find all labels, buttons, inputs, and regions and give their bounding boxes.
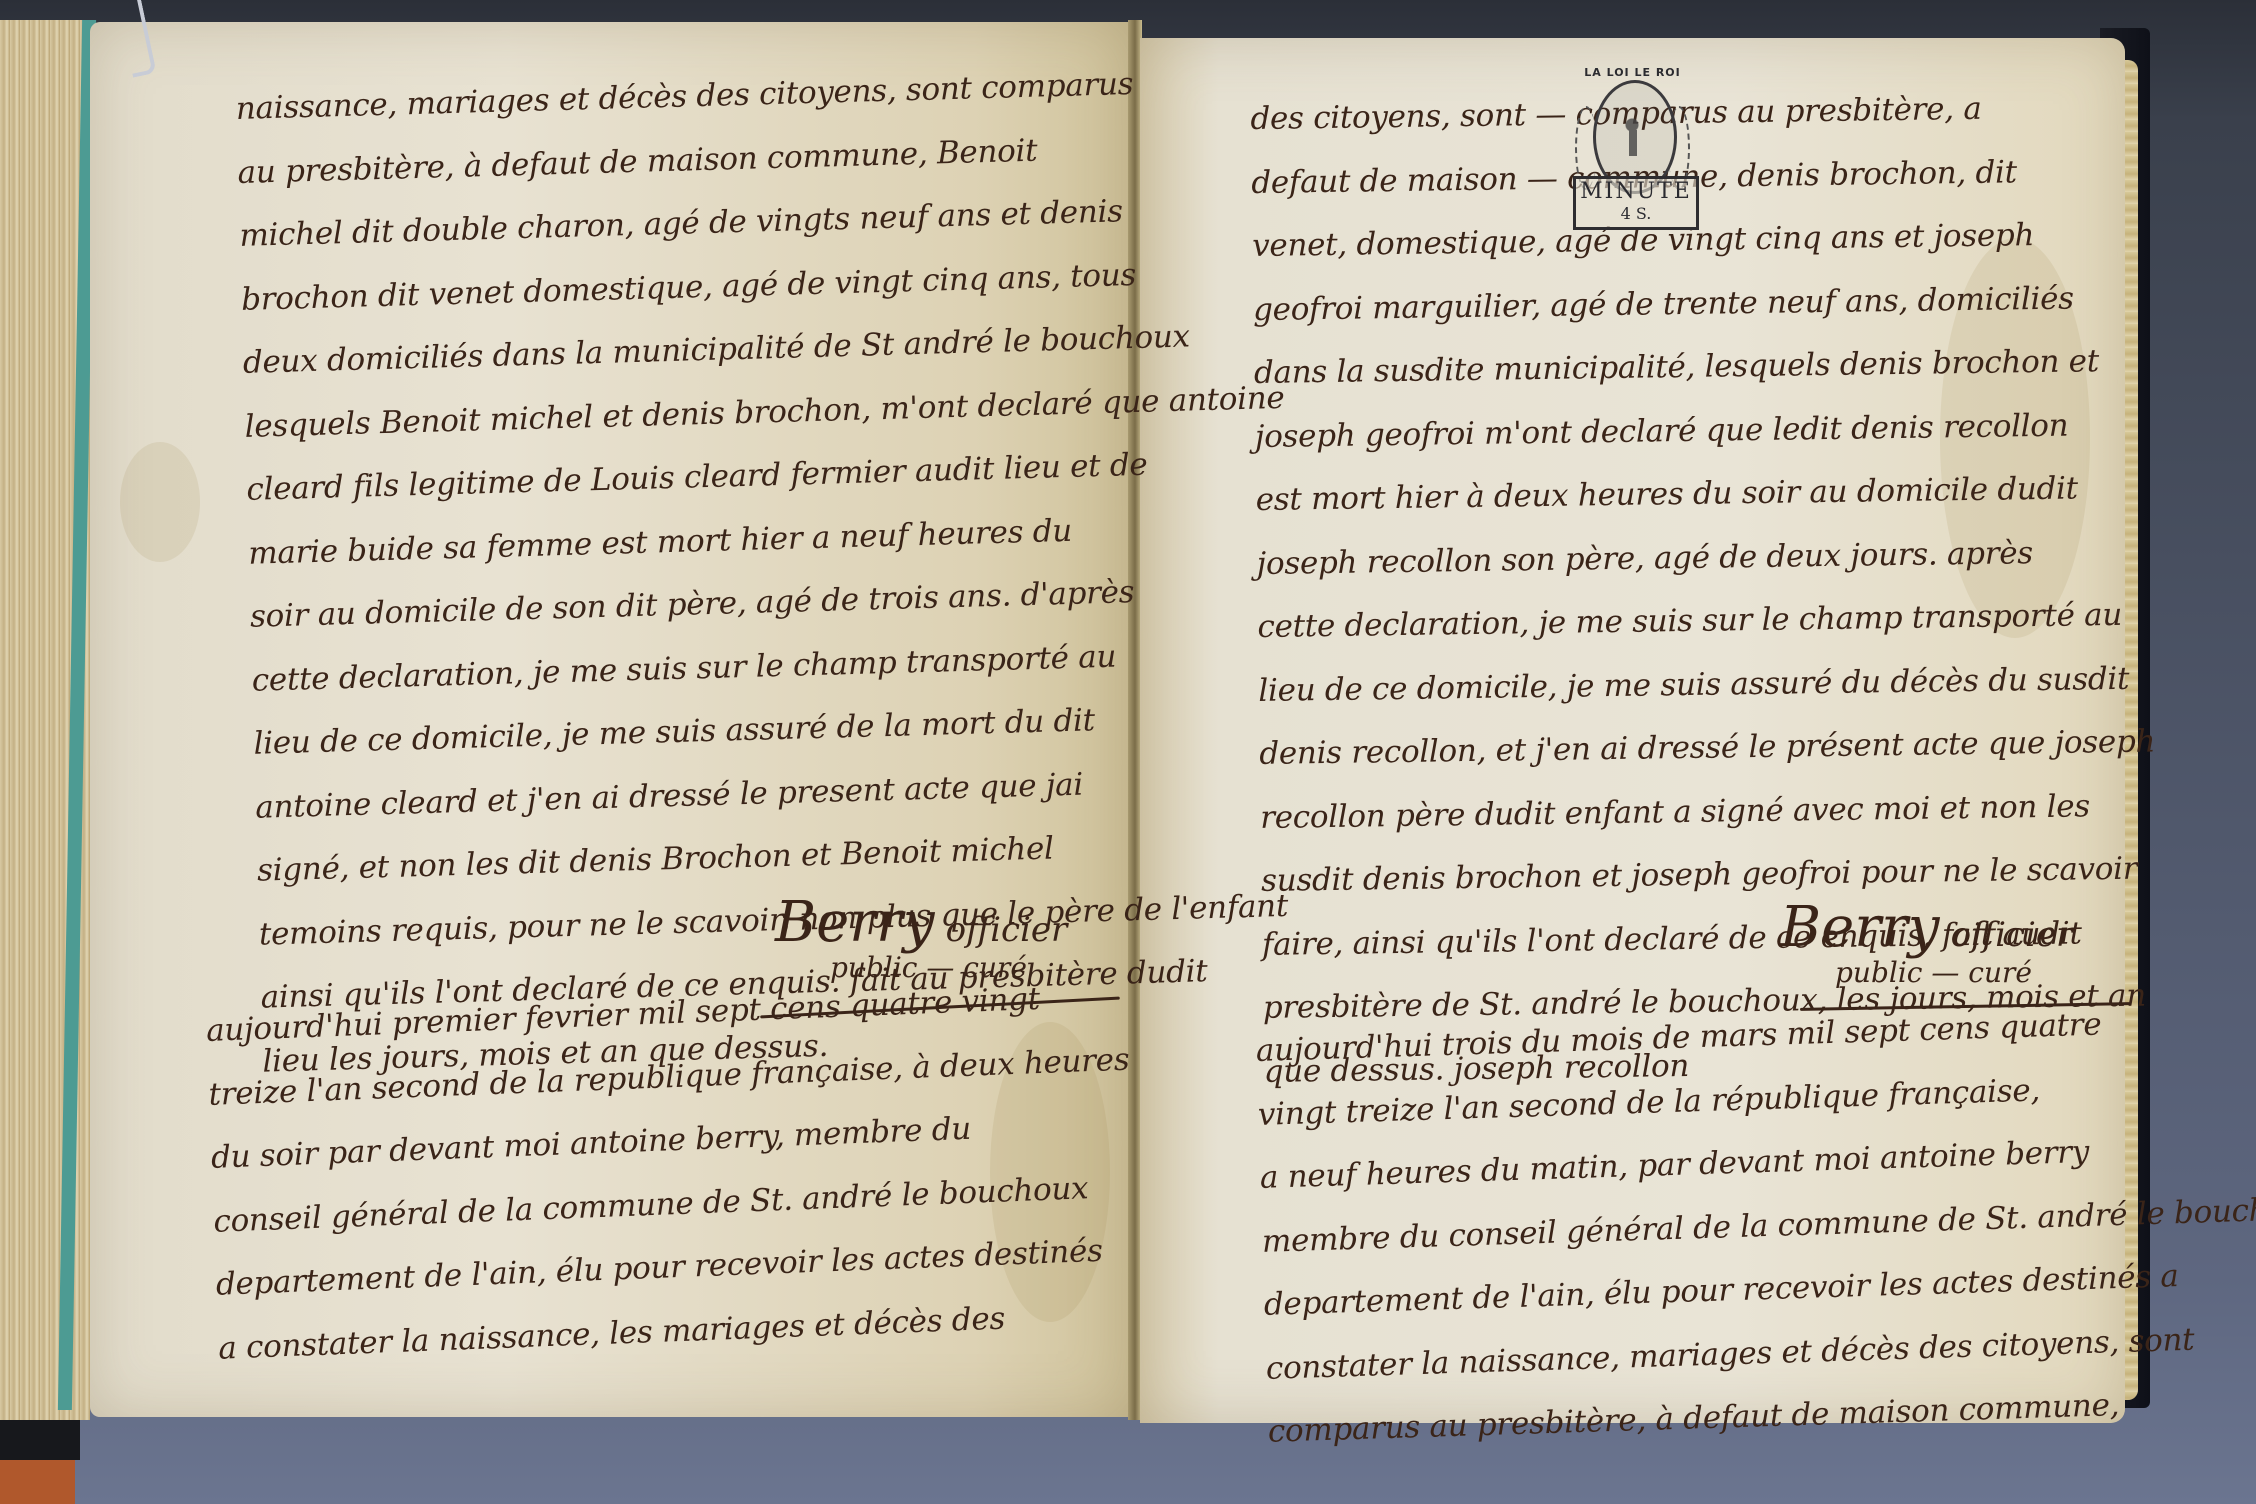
stamp-arc-text: LA LOI LE ROI [1565, 66, 1700, 79]
text-line: dans la susdite municipalité, lesquels d… [1254, 329, 2151, 405]
stamp-label: MINUTE [1576, 179, 1696, 205]
right-signature: Berry officier public — curé [1780, 895, 2072, 989]
left-page-entry-continuation: naissance, mariages et décès des citoyen… [235, 49, 1303, 1094]
stamp-value: 4 S. [1576, 205, 1696, 223]
seated-figure-icon [1617, 116, 1647, 161]
text-line: cette declaration, je me suis sur le cha… [1257, 583, 2154, 659]
text-line: denis recollon, et j'en ai dressé le pré… [1259, 710, 2156, 786]
signature-name: Berry [1780, 895, 1939, 960]
orange-surface [0, 1455, 75, 1504]
signature-title: officier [1951, 915, 2073, 955]
signature-subline: public — curé [1835, 956, 2072, 989]
signature-name: Berry [775, 890, 934, 955]
signature-title: officier [946, 910, 1068, 950]
left-page-new-entry: aujourd'hui premier fevrier mil sept cen… [205, 965, 1140, 1381]
minute-stamp: LA LOI LE ROI MINUTE 4 S. [1565, 66, 1700, 231]
right-page-new-entry: aujourd'hui trois du mois de mars mil se… [1255, 987, 2256, 1465]
text-line: venet, domestique, agé de vingt cinq ans… [1252, 202, 2149, 278]
stamp-label-box: MINUTE 4 S. [1573, 176, 1699, 230]
text-line: est mort hier à deux heures du soir au d… [1255, 456, 2152, 532]
paper-stain [120, 442, 200, 562]
